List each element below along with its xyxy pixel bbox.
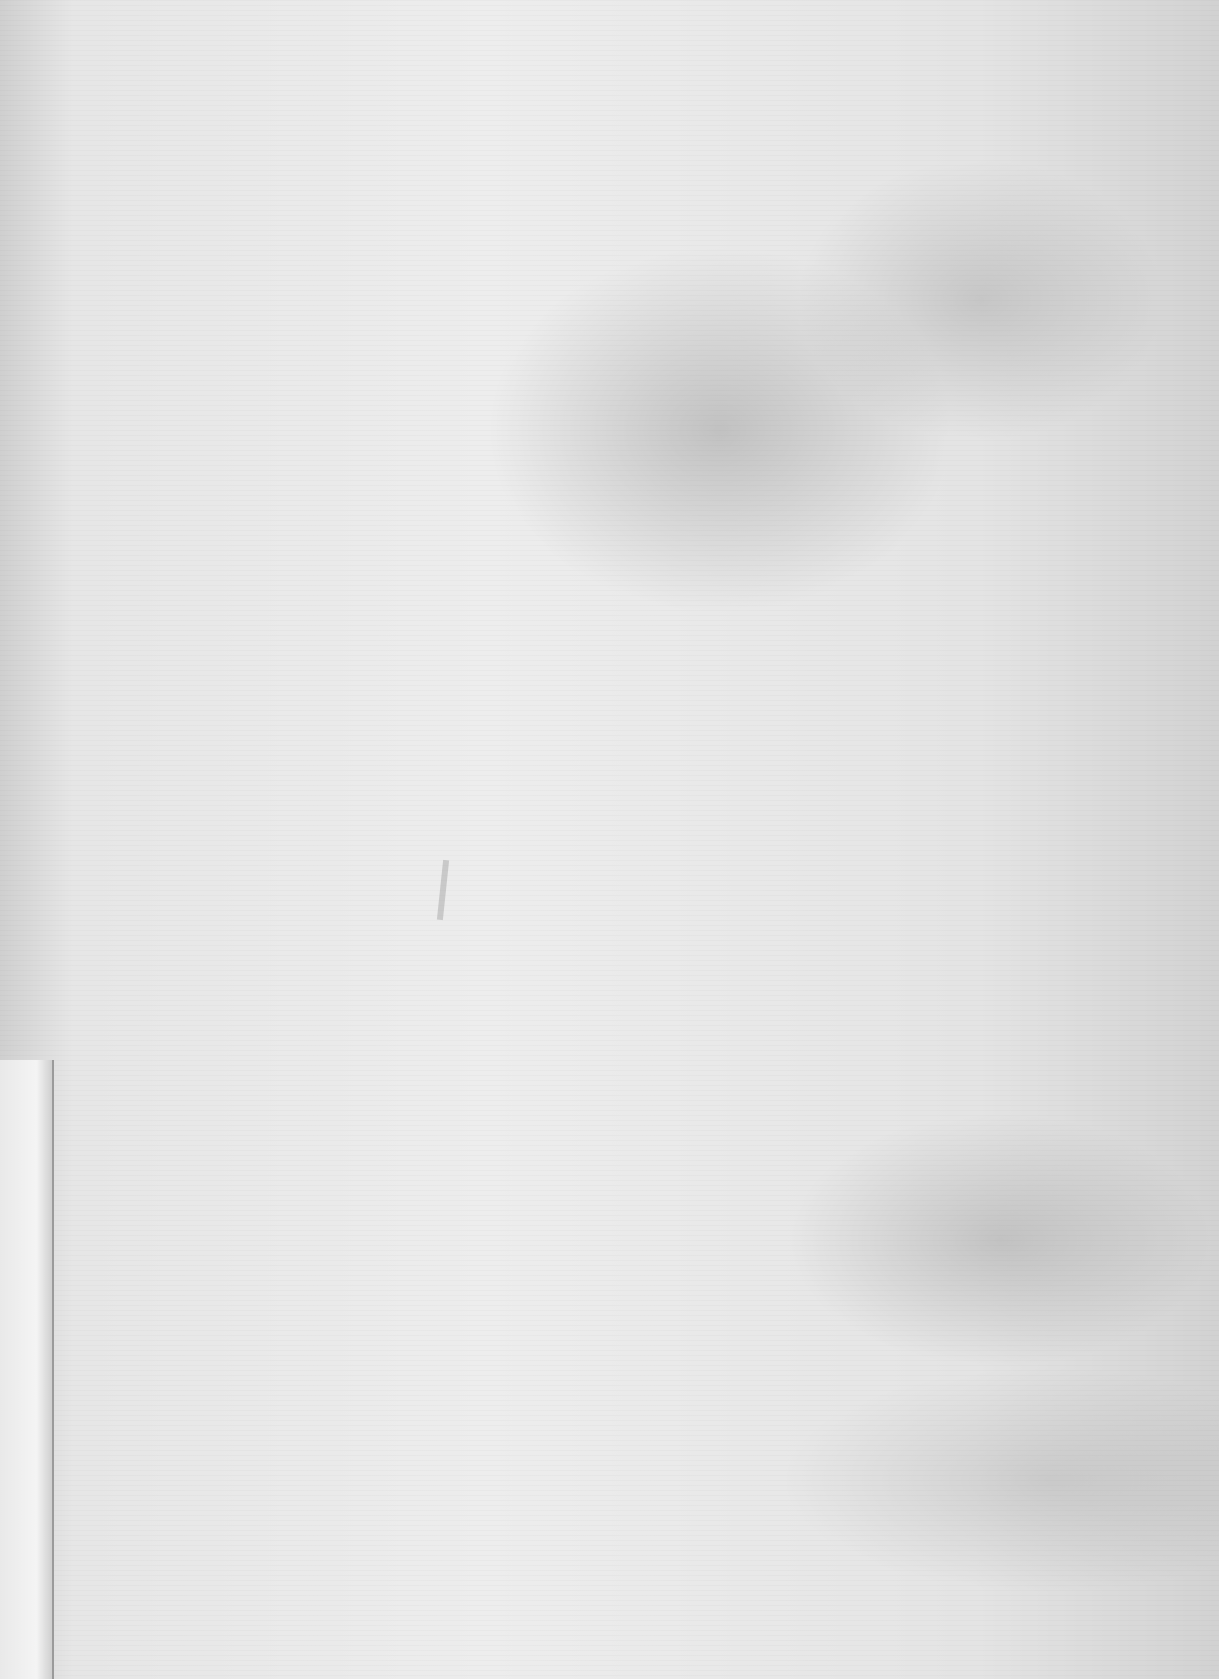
- folded-page-edge: [0, 1060, 54, 1679]
- paper-crease: [437, 860, 449, 920]
- manuscript-page: [0, 0, 1219, 1679]
